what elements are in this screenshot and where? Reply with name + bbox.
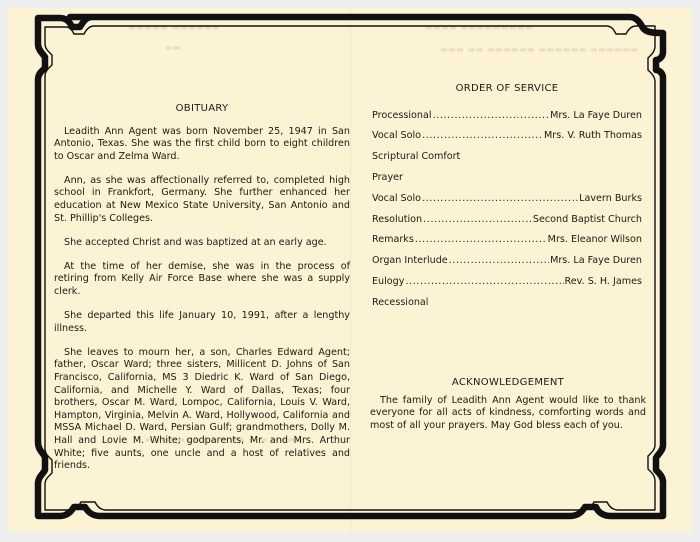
service-item: Organ Interlude Mrs. La Faye Duren: [372, 255, 642, 276]
order-of-service-heading: ORDER OF SERVICE: [372, 83, 642, 96]
service-item: Processional Mrs. La Faye Duren: [372, 110, 642, 131]
obituary-paragraph: She departed this life January 10, 1991,…: [54, 310, 350, 335]
service-item-person: Mrs. Eleanor Wilson: [548, 234, 642, 247]
obituary-section: OBITUARY Leadith Ann Agent was born Nove…: [54, 103, 350, 484]
dot-leader: [449, 255, 549, 268]
service-item: Vocal Solo Mrs. V. Ruth Thomas: [372, 130, 642, 151]
service-item-label: Eulogy: [372, 276, 404, 289]
service-item-label: Organ Interlude: [372, 255, 448, 268]
service-item-person: Lavern Burks: [579, 193, 642, 206]
service-item: Resolution Second Baptist Church: [372, 214, 642, 235]
service-item: Scriptural Comfort: [372, 151, 642, 172]
obituary-paragraph: Ann, as she was affectionally referred t…: [54, 175, 350, 225]
dot-leader: [422, 130, 543, 143]
service-item-label: Vocal Solo: [372, 193, 421, 206]
service-item-label: Processional: [372, 110, 432, 123]
dot-leader: [433, 110, 550, 123]
obituary-paragraph: At the time of her demise, she was in th…: [54, 261, 350, 299]
dot-leader: [405, 276, 563, 289]
service-item-person: Second Baptist Church: [533, 214, 642, 227]
obituary-paragraph: She accepted Christ and was baptized at …: [54, 237, 350, 250]
service-item: Remarks Mrs. Eleanor Wilson: [372, 234, 642, 255]
obituary-paragraph: She leaves to mourn her, a son, Charles …: [54, 347, 350, 473]
service-item-label: Scriptural Comfort: [372, 151, 460, 164]
service-item: Vocal Solo Lavern Burks: [372, 193, 642, 214]
obituary-heading: OBITUARY: [54, 103, 350, 116]
service-item-label: Recessional: [372, 297, 428, 310]
acknowledgement-heading: ACKNOWLEDGEMENT: [370, 377, 646, 390]
service-item-label: Resolution: [372, 214, 422, 227]
service-item-person: Mrs. V. Ruth Thomas: [544, 130, 642, 143]
service-item-person: Rev. S. H. James: [565, 276, 642, 289]
service-item-person: Mrs. La Faye Duren: [550, 110, 642, 123]
dot-leader: [423, 214, 532, 227]
service-item-label: Vocal Solo: [372, 130, 421, 143]
acknowledgement-text: The family of Leadith Ann Agent would li…: [370, 395, 646, 433]
obituary-paragraph: Leadith Ann Agent was born November 25, …: [54, 126, 350, 164]
service-item: Eulogy Rev. S. H. James: [372, 276, 642, 297]
order-of-service-section: ORDER OF SERVICE Processional Mrs. La Fa…: [372, 83, 642, 318]
service-item: Prayer: [372, 172, 642, 193]
acknowledgement-section: ACKNOWLEDGEMENT The family of Leadith An…: [370, 377, 646, 432]
dot-leader: [415, 234, 547, 247]
service-item-label: Prayer: [372, 172, 403, 185]
service-item: Recessional: [372, 297, 642, 318]
service-item-person: Mrs. La Faye Duren: [550, 255, 642, 268]
service-item-label: Remarks: [372, 234, 414, 247]
dot-leader: [422, 193, 578, 206]
